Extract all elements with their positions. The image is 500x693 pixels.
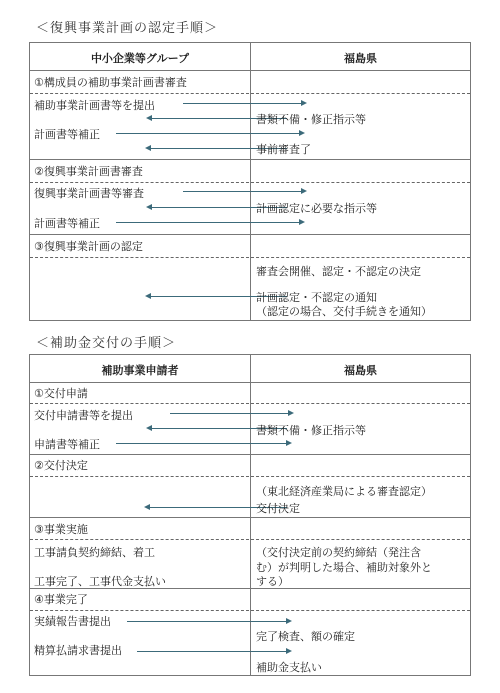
arrow-right-icon [116, 443, 290, 444]
step-2-label: ②交付決定 [34, 457, 88, 473]
step-4-label: ④事業完了 [34, 591, 88, 607]
arrow-right-icon [183, 191, 305, 192]
row-divider-dashed [30, 539, 470, 540]
certification-flow-table: 中小企業等グループ 福島県 ①構成員の補助事業計画書審査 補助事業計画書等を提出… [29, 42, 471, 321]
right-item-prereview-done: 事前審査了 [256, 141, 311, 157]
step-3-label: ③復興事業計画の認定 [34, 238, 143, 254]
arrow-right-icon [116, 222, 303, 223]
right-item-pre-contract-note-1: （交付決定前の契約締結（発注含 [256, 544, 421, 560]
row-divider [30, 588, 470, 589]
left-item-performance-report: 実績報告書提出 [34, 613, 111, 629]
row-divider-dashed [30, 93, 470, 94]
right-item-pre-contract-note-3: する） [256, 573, 289, 589]
row-divider [30, 70, 470, 71]
right-item-certification-note: （認定の場合、交付手続きを通知） [256, 303, 432, 319]
right-item-required-instructions: 計画認定に必要な指示等 [256, 200, 377, 216]
row-divider [30, 454, 470, 455]
step-1-label: ①構成員の補助事業計画書審査 [34, 74, 187, 90]
right-item-tohoku-review: （東北経済産業局による審査認定） [256, 483, 432, 499]
arrow-right-icon [170, 413, 292, 414]
row-divider-dashed [30, 476, 470, 477]
left-item-recovery-review: 復興事業計画書等審査 [34, 185, 144, 201]
left-item-application-correction: 申請書等補正 [34, 436, 100, 452]
step-2-label: ②復興事業計画書審査 [34, 163, 143, 179]
left-item-plan-correction: 計画書等補正 [34, 126, 100, 142]
section-title-certification: ＜復興事業計画の認定手順＞ [36, 17, 218, 36]
step-1-label: ①交付申請 [34, 385, 88, 401]
row-divider-dashed [30, 257, 470, 258]
arrow-right-icon [116, 133, 303, 134]
left-item-plan-correction-2: 計画書等補正 [34, 215, 100, 231]
arrow-right-icon [183, 103, 305, 104]
row-divider [30, 159, 470, 160]
header-prefecture: 福島県 [251, 362, 470, 378]
row-divider-dashed [30, 610, 470, 611]
right-item-subsidy-payment: 補助金支払い [256, 659, 322, 675]
row-divider [30, 517, 470, 518]
left-item-contract-start: 工事請負契約締結、着工 [34, 544, 155, 560]
left-item-submit-application: 交付申請書等を提出 [34, 407, 133, 423]
right-item-document-fix: 書類不備・修正指示等 [256, 422, 366, 438]
left-item-submit-plan: 補助事業計画書等を提出 [34, 97, 155, 113]
right-item-document-fix: 書類不備・修正指示等 [256, 111, 366, 127]
header-group: 中小企業等グループ [30, 50, 250, 66]
row-divider [30, 234, 470, 235]
header-prefecture: 福島県 [251, 50, 470, 66]
arrow-right-icon [127, 621, 290, 622]
subsidy-flow-table: 補助事業申請者 福島県 ①交付申請 交付申請書等を提出 書類不備・修正指示等 申… [29, 354, 471, 676]
section-title-subsidy: ＜補助金交付の手順＞ [36, 332, 176, 351]
arrow-right-icon [137, 651, 290, 652]
left-item-settlement-request: 精算払請求書提出 [34, 642, 122, 658]
header-applicant: 補助事業申請者 [30, 362, 250, 378]
row-divider-dashed [30, 403, 470, 404]
row-divider-dashed [30, 182, 470, 183]
right-item-completion-inspection: 完了検査、額の確定 [256, 628, 355, 644]
right-item-committee-decision: 審査会開催、認定・不認定の決定 [256, 263, 421, 279]
row-divider [30, 382, 470, 383]
left-item-completion-payment: 工事完了、工事代金支払い [34, 573, 166, 589]
right-item-grant-decision: 交付決定 [256, 500, 300, 516]
step-3-label: ③事業実施 [34, 521, 88, 537]
